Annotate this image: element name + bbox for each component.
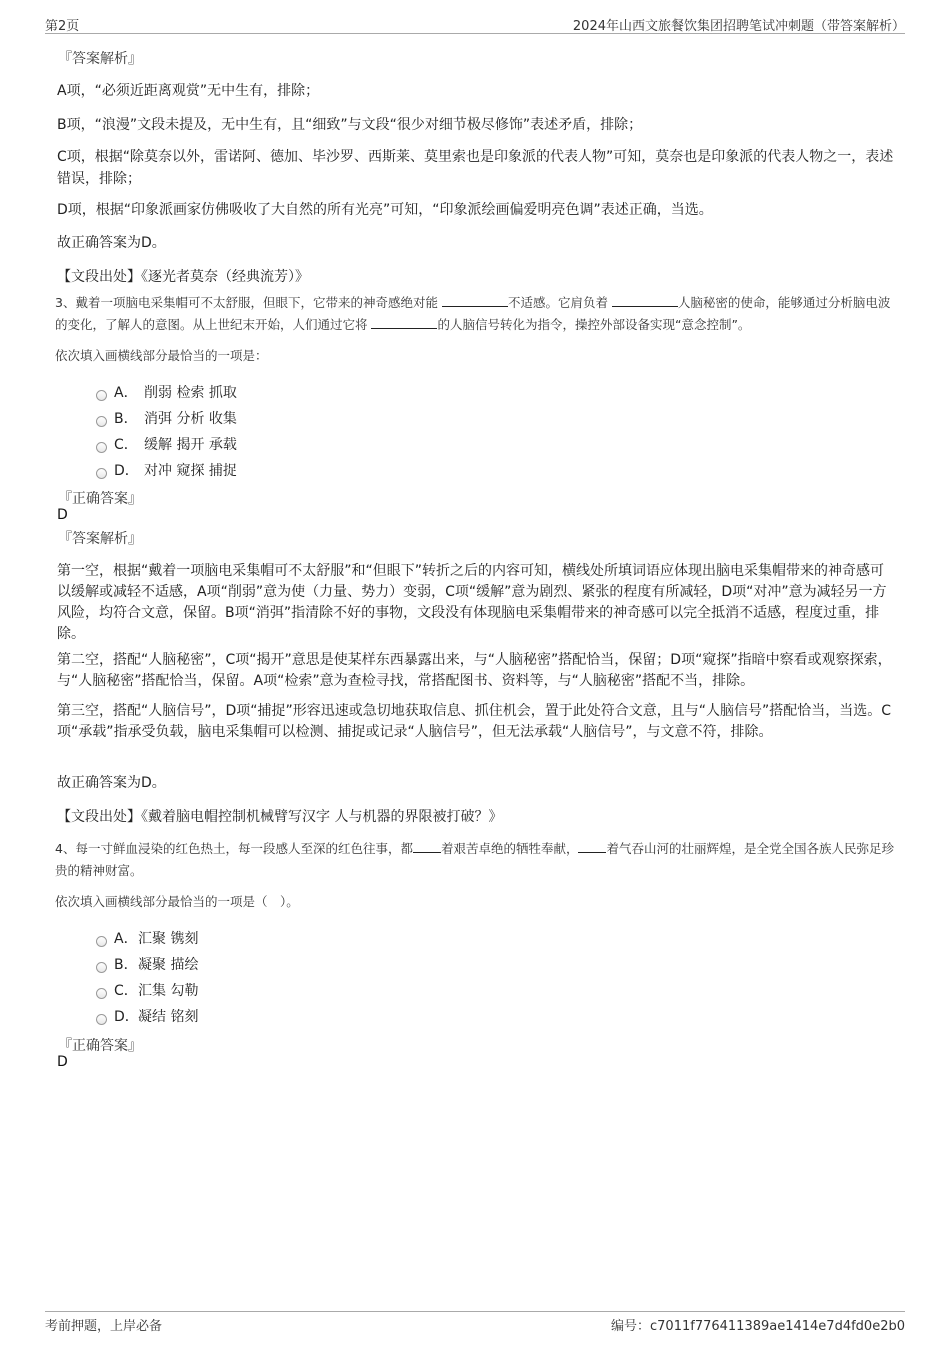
option-c[interactable]: C． 缓解 揭开 承载 <box>96 434 237 454</box>
fill-blank <box>413 840 441 853</box>
radio-button[interactable] <box>96 988 107 999</box>
radio-button[interactable] <box>96 416 107 427</box>
fill-blank <box>371 316 437 329</box>
radio-button[interactable] <box>96 390 107 401</box>
option-letter: A． <box>114 928 138 948</box>
stem-text: 的人脑信号转化为指令，操控外部设备实现“意念控制”。 <box>437 317 750 332</box>
option-text: 缓解 揭开 承载 <box>144 434 237 454</box>
correct-answer: D <box>57 1054 68 1070</box>
document-title: 2024年山西文旅餐饮集团招聘笔试冲刺题（带答案解析） <box>573 15 905 34</box>
analysis-para: D项，根据“印象派画家仿佛吸收了大自然的所有光亮”可知，“印象派绘画偏爱明亮色调… <box>57 199 897 221</box>
analysis-para: 第二空，搭配“人脑秘密”，C项“揭开”意思是使某样东西暴露出来，与“人脑秘密”搭… <box>57 650 897 692</box>
analysis-para: A项，“必须近距离观赏”无中生有，排除； <box>57 80 897 102</box>
option-letter: D． <box>114 460 144 480</box>
analysis-para: C项，根据“除莫奈以外，雷诺阿、德加、毕沙罗、西斯莱、莫里索也是印象派的代表人物… <box>57 146 897 190</box>
analysis-heading: 『答案解析』 <box>58 48 142 68</box>
option-letter: C． <box>114 434 144 454</box>
radio-button[interactable] <box>96 936 107 947</box>
footer-slogan: 考前押题，上岸必备 <box>45 1315 162 1334</box>
radio-button[interactable] <box>96 1014 107 1025</box>
option-a[interactable]: A． 汇聚 镌刻 <box>96 928 198 948</box>
question-prompt: 依次填入画横线部分最恰当的一项是（ ）。 <box>55 891 895 913</box>
option-letter: B． <box>114 954 138 974</box>
option-text: 削弱 检索 抓取 <box>144 382 237 402</box>
option-d[interactable]: D． 对冲 窥探 捕捉 <box>96 460 237 480</box>
option-b[interactable]: B． 凝聚 描绘 <box>96 954 198 974</box>
fill-blank <box>578 840 606 853</box>
option-text: 汇集 勾勒 <box>138 980 198 1000</box>
analysis-para: 第三空，搭配“人脑信号”，D项“捕捉”形容迅速或急切地获取信息、抓住机会，置于此… <box>57 701 897 743</box>
option-text: 消弭 分析 收集 <box>144 408 237 428</box>
option-text: 凝聚 描绘 <box>138 954 198 974</box>
option-text: 对冲 窥探 捕捉 <box>144 460 237 480</box>
fill-blank <box>442 294 508 307</box>
option-d[interactable]: D． 凝结 铭刻 <box>96 1006 198 1026</box>
conclusion: 故正确答案为D。 <box>57 232 897 254</box>
option-a[interactable]: A． 削弱 检索 抓取 <box>96 382 237 402</box>
page-footer: 考前押题，上岸必备 编号：c7011f776411389ae1414e7d4fd… <box>45 1311 905 1312</box>
radio-button[interactable] <box>96 442 107 453</box>
page-header: 第2页 2024年山西文旅餐饮集团招聘笔试冲刺题（带答案解析） <box>45 14 905 34</box>
stem-text: 4、每一寸鲜血浸染的红色热土，每一段感人至深的红色往事，都 <box>55 841 413 856</box>
fill-blank <box>612 294 678 307</box>
radio-button[interactable] <box>96 962 107 973</box>
option-b[interactable]: B． 消弭 分析 收集 <box>96 408 237 428</box>
option-letter: C． <box>114 980 138 1000</box>
option-text: 汇聚 镌刻 <box>138 928 198 948</box>
question-stem: 4、每一寸鲜血浸染的红色热土，每一段感人至深的红色往事，都着艰苦卓绝的牺牲奉献，… <box>55 838 895 882</box>
passage-source: 【文段出处】《戴着脑电帽控制机械臂写汉字 人与机器的界限被打破？》 <box>57 806 502 826</box>
option-letter: A． <box>114 382 144 402</box>
page-number: 第2页 <box>45 15 79 34</box>
analysis-para: B项，“浪漫”文段未提及，无中生有，且“细致”与文段“很少对细节极尽修饰”表述矛… <box>57 114 897 136</box>
stem-text: 3、戴着一项脑电采集帽可不太舒服，但眼下，它带来的神奇感绝对能 <box>55 295 442 310</box>
conclusion: 故正确答案为D。 <box>57 772 897 794</box>
analysis-para: 第一空，根据“戴着一项脑电采集帽可不太舒服”和“但眼下”转折之后的内容可知，横线… <box>57 561 897 645</box>
option-letter: D． <box>114 1006 138 1026</box>
correct-answer: D <box>57 507 68 523</box>
question-prompt: 依次填入画横线部分最恰当的一项是： <box>55 345 895 367</box>
analysis-heading: 『答案解析』 <box>58 528 142 548</box>
stem-text: 不适感。它肩负着 <box>508 295 612 310</box>
passage-source: 【文段出处】《逐光者莫奈（经典流芳）》 <box>57 266 309 286</box>
correct-answer-heading: 『正确答案』 <box>58 488 142 508</box>
option-letter: B． <box>114 408 144 428</box>
option-text: 凝结 铭刻 <box>138 1006 198 1026</box>
option-c[interactable]: C． 汇集 勾勒 <box>96 980 198 1000</box>
stem-text: 着艰苦卓绝的牺牲奉献， <box>441 841 579 856</box>
document-serial: 编号：c7011f776411389ae1414e7d4fd0e2b0 <box>611 1315 905 1334</box>
question-stem: 3、戴着一项脑电采集帽可不太舒服，但眼下，它带来的神奇感绝对能 不适感。它肩负着… <box>55 292 895 336</box>
radio-button[interactable] <box>96 468 107 479</box>
correct-answer-heading: 『正确答案』 <box>58 1035 142 1055</box>
